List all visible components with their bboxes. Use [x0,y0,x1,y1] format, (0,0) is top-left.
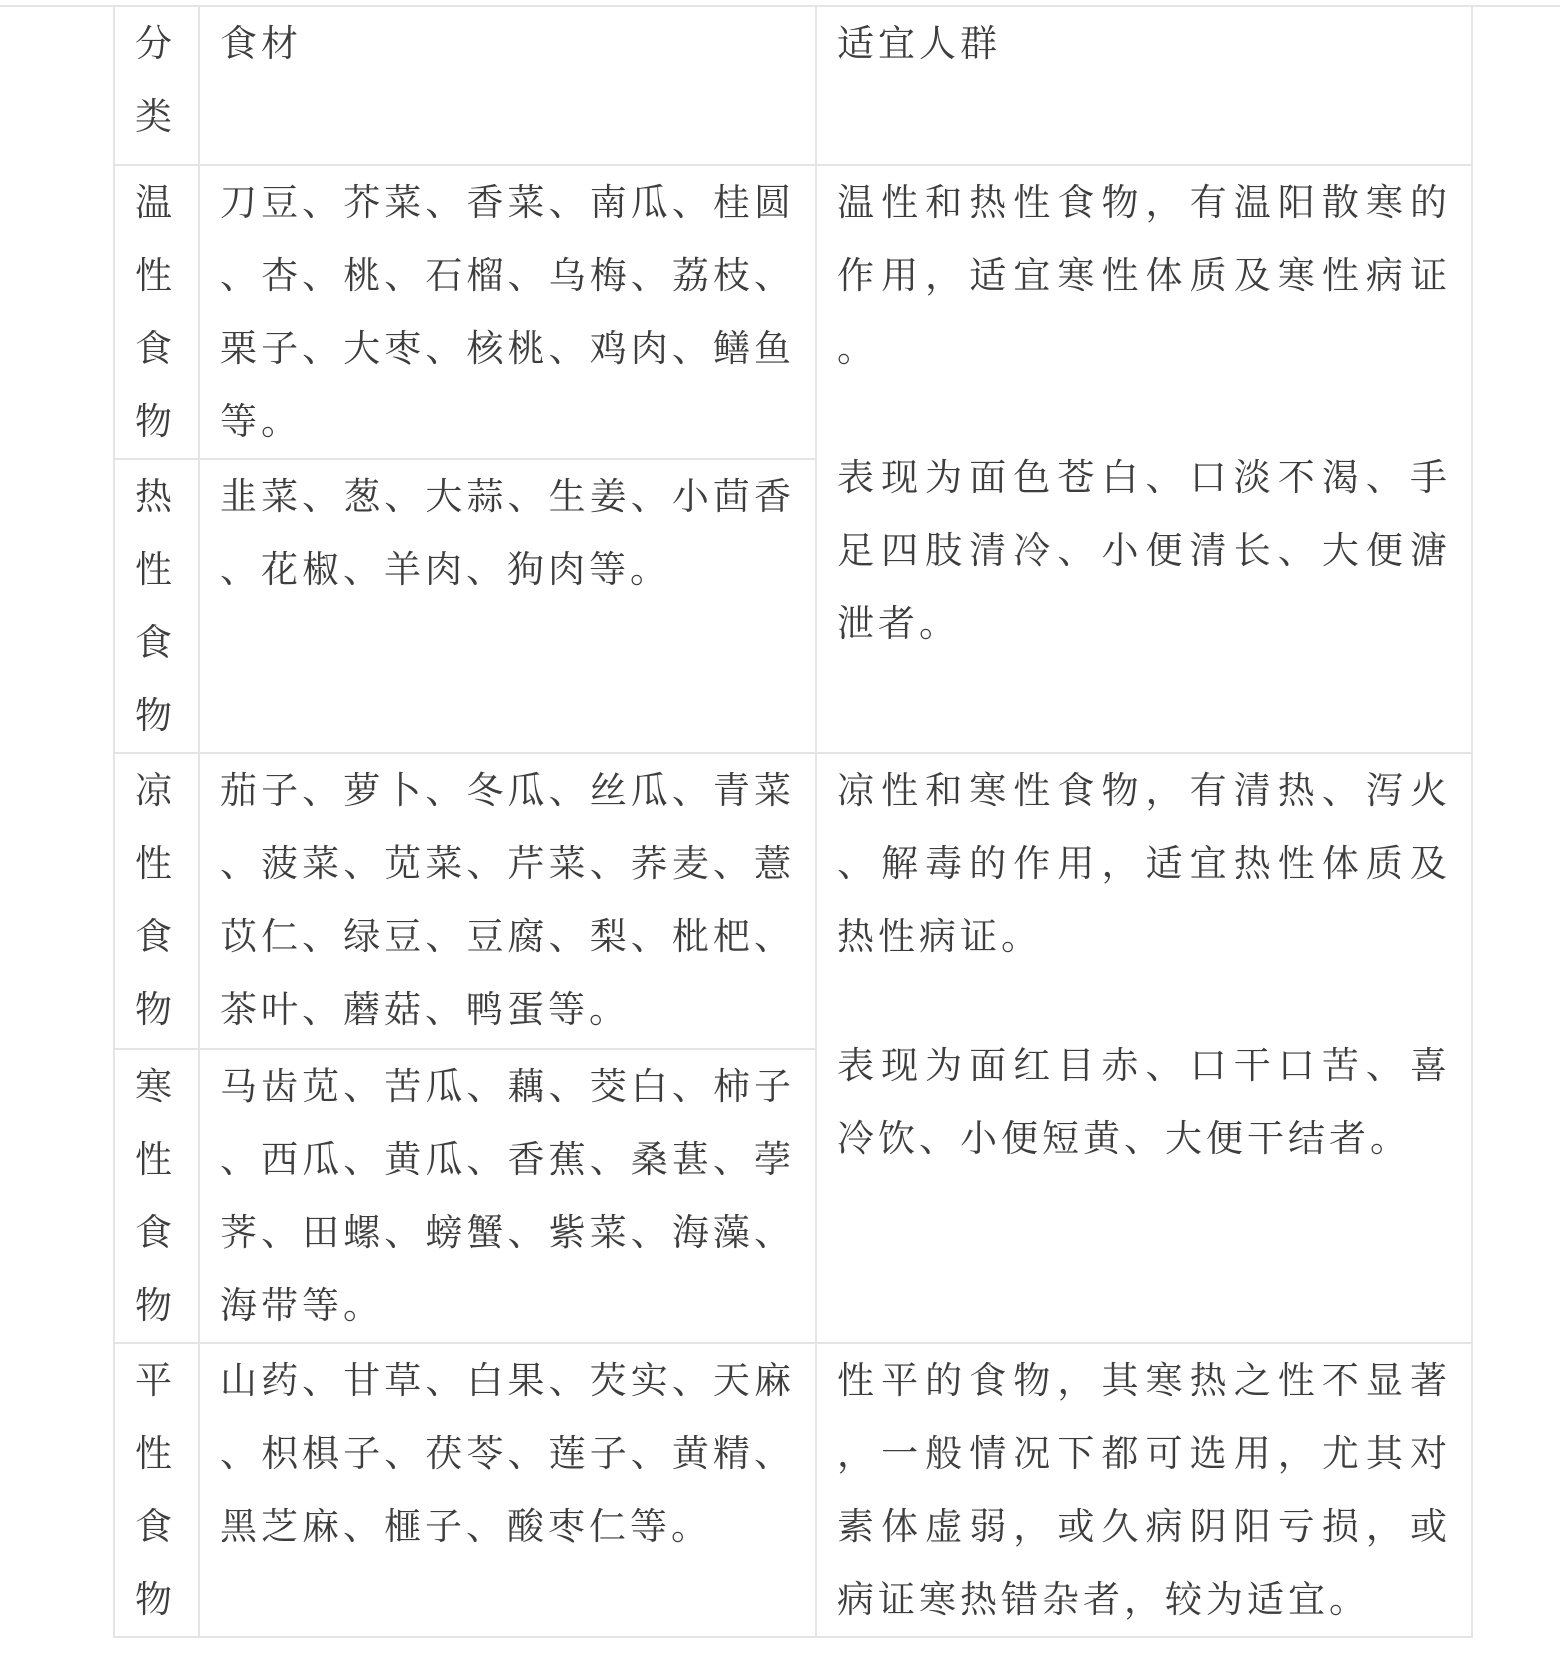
table-header-row: 分类 食材 适宜人群 [114,6,1472,165]
foods-neutral: 山药、甘草、白果、芡实、天麻、枳椇子、茯苓、莲子、黄精、黑芝麻、榧子、酸枣仁等。 [199,1343,816,1637]
header-suitable: 适宜人群 [816,6,1472,165]
table-row: 凉性食物 茄子、萝卜、冬瓜、丝瓜、青菜、菠菜、苋菜、芹菜、荞麦、薏苡仁、绿豆、豆… [114,753,1472,1049]
foods-cold: 马齿苋、苦瓜、藕、茭白、柿子、西瓜、黄瓜、香蕉、桑葚、荸荠、田螺、螃蟹、紫菜、海… [199,1049,816,1343]
suitable-warm-hot-signs: 表现为面色苍白、口淡不渴、手足四肢清冷、小便清长、大便溏泄者。 [837,441,1451,660]
suitable-neutral: 性平的食物，其寒热之性不显著，一般情况下都可选用，尤其对素体虚弱，或久病阴阳亏损… [816,1343,1472,1637]
foods-warm: 刀豆、芥菜、香菜、南瓜、桂圆、杏、桃、石榴、乌梅、荔枝、栗子、大枣、核桃、鸡肉、… [199,165,816,459]
foods-hot: 韭菜、葱、大蒜、生姜、小茴香、花椒、羊肉、狗肉等。 [199,459,816,753]
category-cool: 凉性食物 [114,753,199,1049]
header-foods: 食材 [199,6,816,165]
table-row: 温性食物 刀豆、芥菜、香菜、南瓜、桂圆、杏、桃、石榴、乌梅、荔枝、栗子、大枣、核… [114,165,1472,459]
suitable-warm-hot: 温性和热性食物，有温阳散寒的作用，适宜寒性体质及寒性病证。 表现为面色苍白、口淡… [816,165,1472,753]
page: 分类 食材 适宜人群 温性食物 刀豆、芥菜、香菜、南瓜、桂圆、杏、桃、石榴、乌梅… [0,0,1560,1658]
suitable-cool-cold-signs: 表现为面红目赤、口干口苦、喜冷饮、小便短黄、大便干结者。 [837,1029,1451,1175]
food-property-table: 分类 食材 适宜人群 温性食物 刀豆、芥菜、香菜、南瓜、桂圆、杏、桃、石榴、乌梅… [113,5,1473,1638]
suitable-cool-cold: 凉性和寒性食物，有清热、泻火、解毒的作用，适宜热性体质及热性病证。 表现为面红目… [816,753,1472,1343]
suitable-warm-hot-desc: 温性和热性食物，有温阳散寒的作用，适宜寒性体质及寒性病证。 [837,166,1451,385]
category-hot: 热性食物 [114,459,199,753]
category-warm: 温性食物 [114,165,199,459]
category-cold: 寒性食物 [114,1049,199,1343]
table-row: 平性食物 山药、甘草、白果、芡实、天麻、枳椇子、茯苓、莲子、黄精、黑芝麻、榧子、… [114,1343,1472,1637]
foods-cool: 茄子、萝卜、冬瓜、丝瓜、青菜、菠菜、苋菜、芹菜、荞麦、薏苡仁、绿豆、豆腐、梨、枇… [199,753,816,1049]
suitable-cool-cold-desc: 凉性和寒性食物，有清热、泻火、解毒的作用，适宜热性体质及热性病证。 [837,754,1451,973]
category-neutral: 平性食物 [114,1343,199,1637]
suitable-neutral-desc: 性平的食物，其寒热之性不显著，一般情况下都可选用，尤其对素体虚弱，或久病阴阳亏损… [837,1344,1451,1636]
header-category: 分类 [114,6,199,165]
